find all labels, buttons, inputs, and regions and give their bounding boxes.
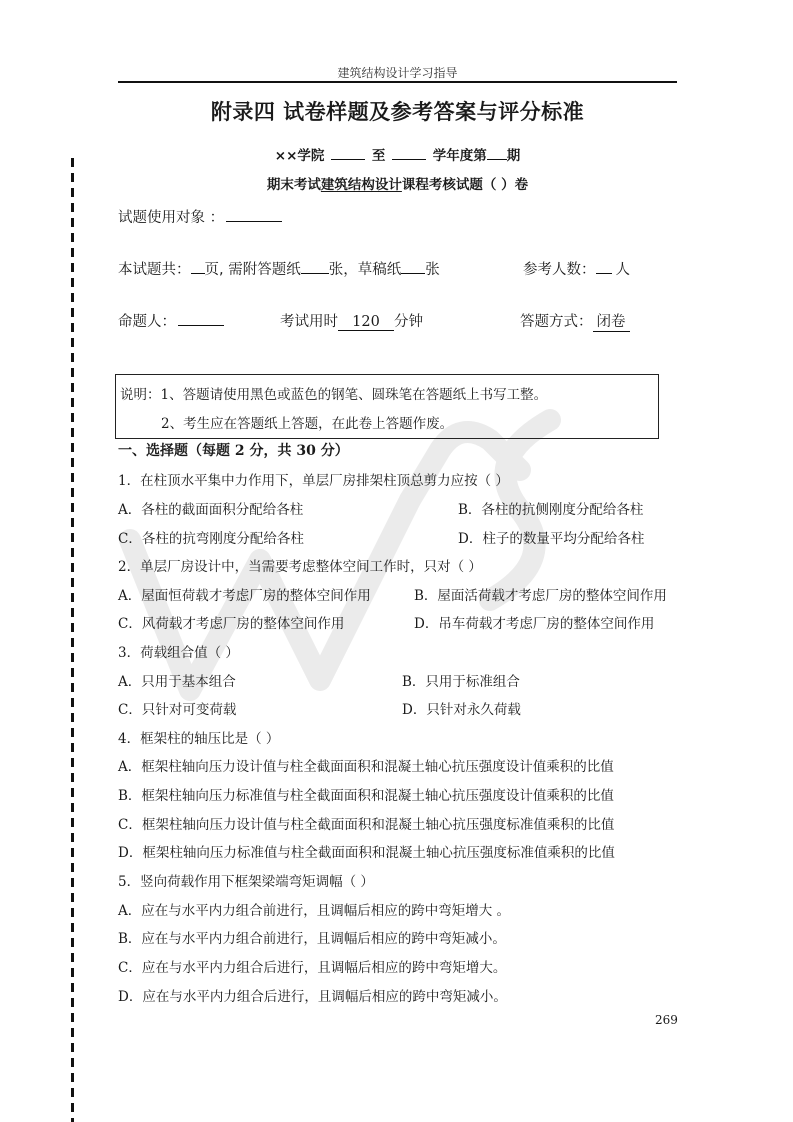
question-4-option-d: D．框架柱轴向压力标准值与柱全截面面积和混凝土轴心抗压强度标准值乘积的比值	[118, 841, 615, 861]
page-title: 附录四 试卷样题及参考答案与评分标准	[118, 96, 677, 126]
question-4-option-c: C．框架柱轴向压力设计值与柱全截面面积和混凝土轴心抗压强度标准值乘积的比值	[118, 813, 614, 833]
binding-dashed-line	[71, 158, 74, 1122]
author-field: 命题人：	[118, 310, 226, 331]
year-suffix: 学年度第	[433, 148, 487, 164]
question-5-option-d: D．应在与水平内力组合后进行，且调幅后相应的跨中弯矩减小。	[118, 985, 507, 1005]
exam-course-line: 期末考试建筑结构设计课程考核试题（ ）卷	[118, 173, 677, 193]
examinees-label: 参考人数：	[523, 262, 596, 278]
question-3-option-b: B．只用于标准组合	[402, 670, 520, 690]
duration-unit: 分钟	[394, 314, 423, 330]
question-1-option-a: A．各柱的截面面积分配给各柱	[118, 498, 303, 518]
duration-value: 120	[338, 314, 394, 331]
section-title: 一、选择题（每题 2 分，共 30 分）	[118, 440, 349, 460]
mode-value: 闭卷	[593, 310, 630, 332]
author-blank[interactable]	[178, 311, 224, 326]
examinees-blank[interactable]	[596, 259, 612, 274]
pages-blank[interactable]	[191, 259, 205, 274]
mode-label: 答题方式：	[520, 314, 593, 330]
question-2-option-b: B．屋面活荷载才考虑厂房的整体空间作用	[414, 584, 667, 604]
course-name: 建筑结构设计	[321, 177, 402, 193]
question-3-option-a: A．只用于基本组合	[118, 670, 236, 690]
answer-sheet-unit: 张，草稿纸	[329, 262, 402, 278]
question-2-option-c: C．风荷载才考虑厂房的整体空间作用	[118, 612, 344, 632]
audience-blank[interactable]	[226, 207, 282, 222]
exam-college-line: ××学院 至 学年度第期	[118, 144, 677, 164]
question-3-option-d: D．只针对永久荷载	[402, 698, 521, 718]
draft-unit: 张	[425, 262, 440, 278]
question-3-option-c: C．只针对可变荷载	[118, 698, 236, 718]
answer-mode-field: 答题方式：闭卷	[520, 310, 630, 332]
pages-unit: 页, 需附答题纸	[205, 262, 301, 278]
end-year-blank[interactable]	[392, 145, 426, 160]
question-4-option-a: A．框架柱轴向压力设计值与柱全截面面积和混凝土轴心抗压强度设计值乘积的比值	[118, 755, 614, 775]
audience-field: 试题使用对象 ：	[118, 206, 284, 227]
duration-label: 考试用时	[280, 314, 338, 330]
examinees-unit: 人	[616, 262, 631, 278]
question-1-option-d: D．柱子的数量平均分配给各柱	[458, 527, 644, 547]
header-rule	[118, 81, 677, 83]
question-2-option-a: A．屋面恒荷载才考虑厂房的整体空间作用	[118, 584, 371, 604]
instruction-2: 2、考生应在答题纸上答题，在此卷上答题作废。	[161, 412, 453, 432]
pages-label: 本试题共：	[118, 262, 191, 278]
examinees-field: 参考人数：人	[523, 258, 630, 279]
instruction-1: 说明：1、答题请使用黑色或蓝色的钢笔、圆珠笔在答题纸上书写工整。	[120, 383, 547, 403]
pages-field: 本试题共：页, 需附答题纸张，草稿纸张	[118, 258, 440, 279]
question-4-option-b: B．框架柱轴向压力标准值与柱全截面面积和混凝土轴心抗压强度设计值乘积的比值	[118, 784, 614, 804]
question-5-option-c: C．应在与水平内力组合后进行，且调幅后相应的跨中弯矩增大。	[118, 956, 506, 976]
audience-label: 试题使用对象 ：	[118, 210, 224, 226]
question-3: 3．荷载组合值（ ）	[118, 641, 239, 661]
to-label: 至	[372, 148, 386, 164]
question-1-option-c: C．各柱的抗弯刚度分配给各柱	[118, 527, 304, 547]
term-blank[interactable]	[487, 145, 507, 160]
question-1-option-b: B．各柱的抗侧刚度分配给各柱	[458, 498, 643, 518]
answer-sheet-blank[interactable]	[301, 259, 329, 274]
exam-type: 期末考试	[267, 177, 321, 193]
author-label: 命题人：	[118, 314, 176, 330]
start-year-blank[interactable]	[331, 145, 365, 160]
term-suffix: 期	[507, 148, 521, 164]
course-suffix: 课程考核试题（ ）卷	[402, 177, 528, 193]
question-1: 1．在柱顶水平集中力作用下，单层厂房排架柱顶总剪力应按（ ）	[118, 469, 509, 489]
college-prefix: ××学院	[275, 148, 325, 164]
question-2-option-d: D．吊车荷载才考虑厂房的整体空间作用	[414, 612, 654, 632]
question-2: 2．单层厂房设计中，当需要考虑整体空间工作时，只对（ ）	[118, 555, 482, 575]
running-head: 建筑结构设计学习指导	[118, 64, 677, 81]
question-5-option-b: B．应在与水平内力组合前进行，且调幅后相应的跨中弯矩减小。	[118, 927, 506, 947]
question-5-option-a: A．应在与水平内力组合前进行，且调幅后相应的跨中弯矩增大 。	[118, 899, 510, 919]
duration-field: 考试用时120分钟	[280, 310, 423, 331]
page-number: 269	[655, 1013, 678, 1027]
question-4: 4．框架柱的轴压比是（ ）	[118, 727, 279, 747]
question-5: 5．竖向荷载作用下框架梁端弯矩调幅（ ）	[118, 870, 374, 890]
draft-blank[interactable]	[401, 259, 425, 274]
